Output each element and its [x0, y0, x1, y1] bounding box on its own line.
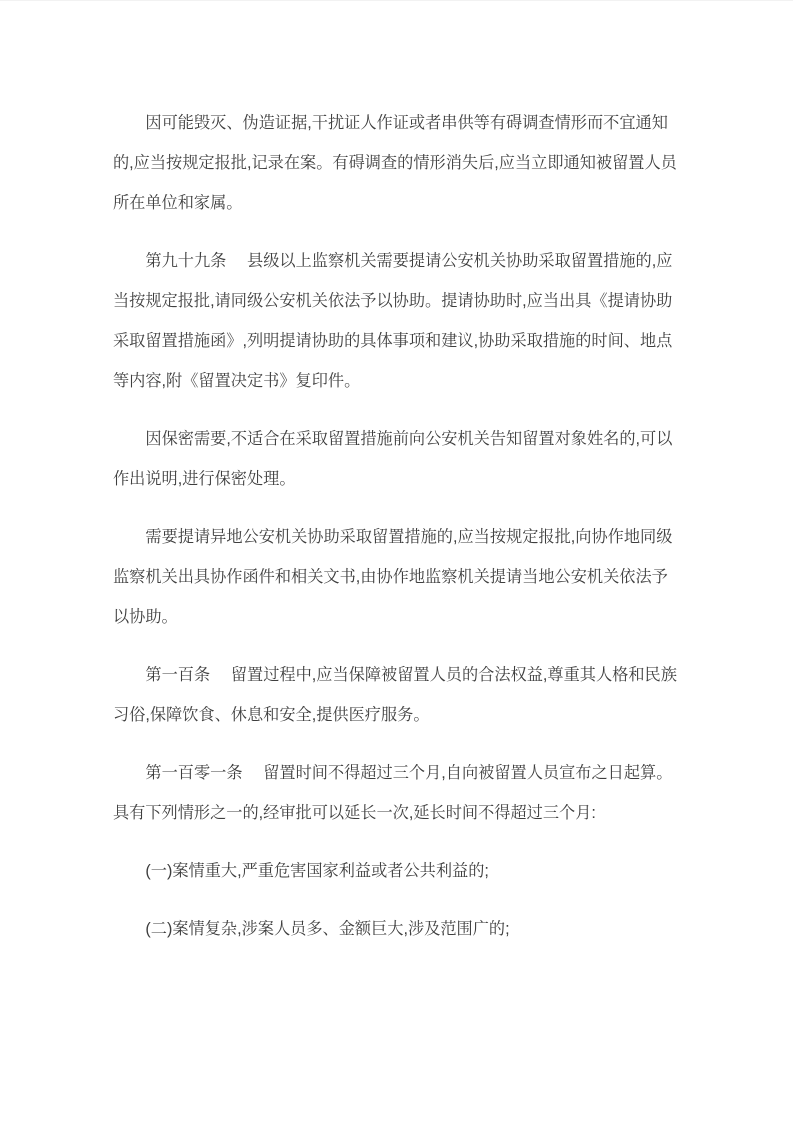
article-101-item-1: (一)案情重大,严重危害国家利益或者公共利益的;: [113, 851, 681, 891]
article-100: 第一百条 留置过程中,应当保障被留置人员的合法权益,尊重其人格和民族 习俗,保障…: [113, 655, 681, 735]
article-99-cross-region-clause: 需要提请异地公安机关协助采取留置措施的,应当按规定报批,向协作地同级 监察机关出…: [113, 517, 681, 637]
article-99-secrecy-clause: 因保密需要,不适合在采取留置措施前向公安机关告知留置对象姓名的,可以 作出说明,…: [113, 419, 681, 499]
article-99: 第九十九条 县级以上监察机关需要提请公安机关协助采取留置措施的,应 当按规定报批…: [113, 241, 681, 401]
para-notification-exception: 因可能毁灭、伪造证据,干扰证人作证或者串供等有碍调查情形而不宜通知 的,应当按规…: [113, 103, 681, 223]
article-101: 第一百零一条 留置时间不得超过三个月,自向被留置人员宣布之日起算。 具有下列情形…: [113, 753, 681, 833]
document-page: 因可能毁灭、伪造证据,干扰证人作证或者串供等有碍调查情形而不宜通知 的,应当按规…: [0, 0, 793, 1122]
document-text: 因可能毁灭、伪造证据,干扰证人作证或者串供等有碍调查情形而不宜通知 的,应当按规…: [0, 1, 793, 949]
article-101-item-2: (二)案情复杂,涉案人员多、金额巨大,涉及范围广的;: [113, 909, 681, 949]
